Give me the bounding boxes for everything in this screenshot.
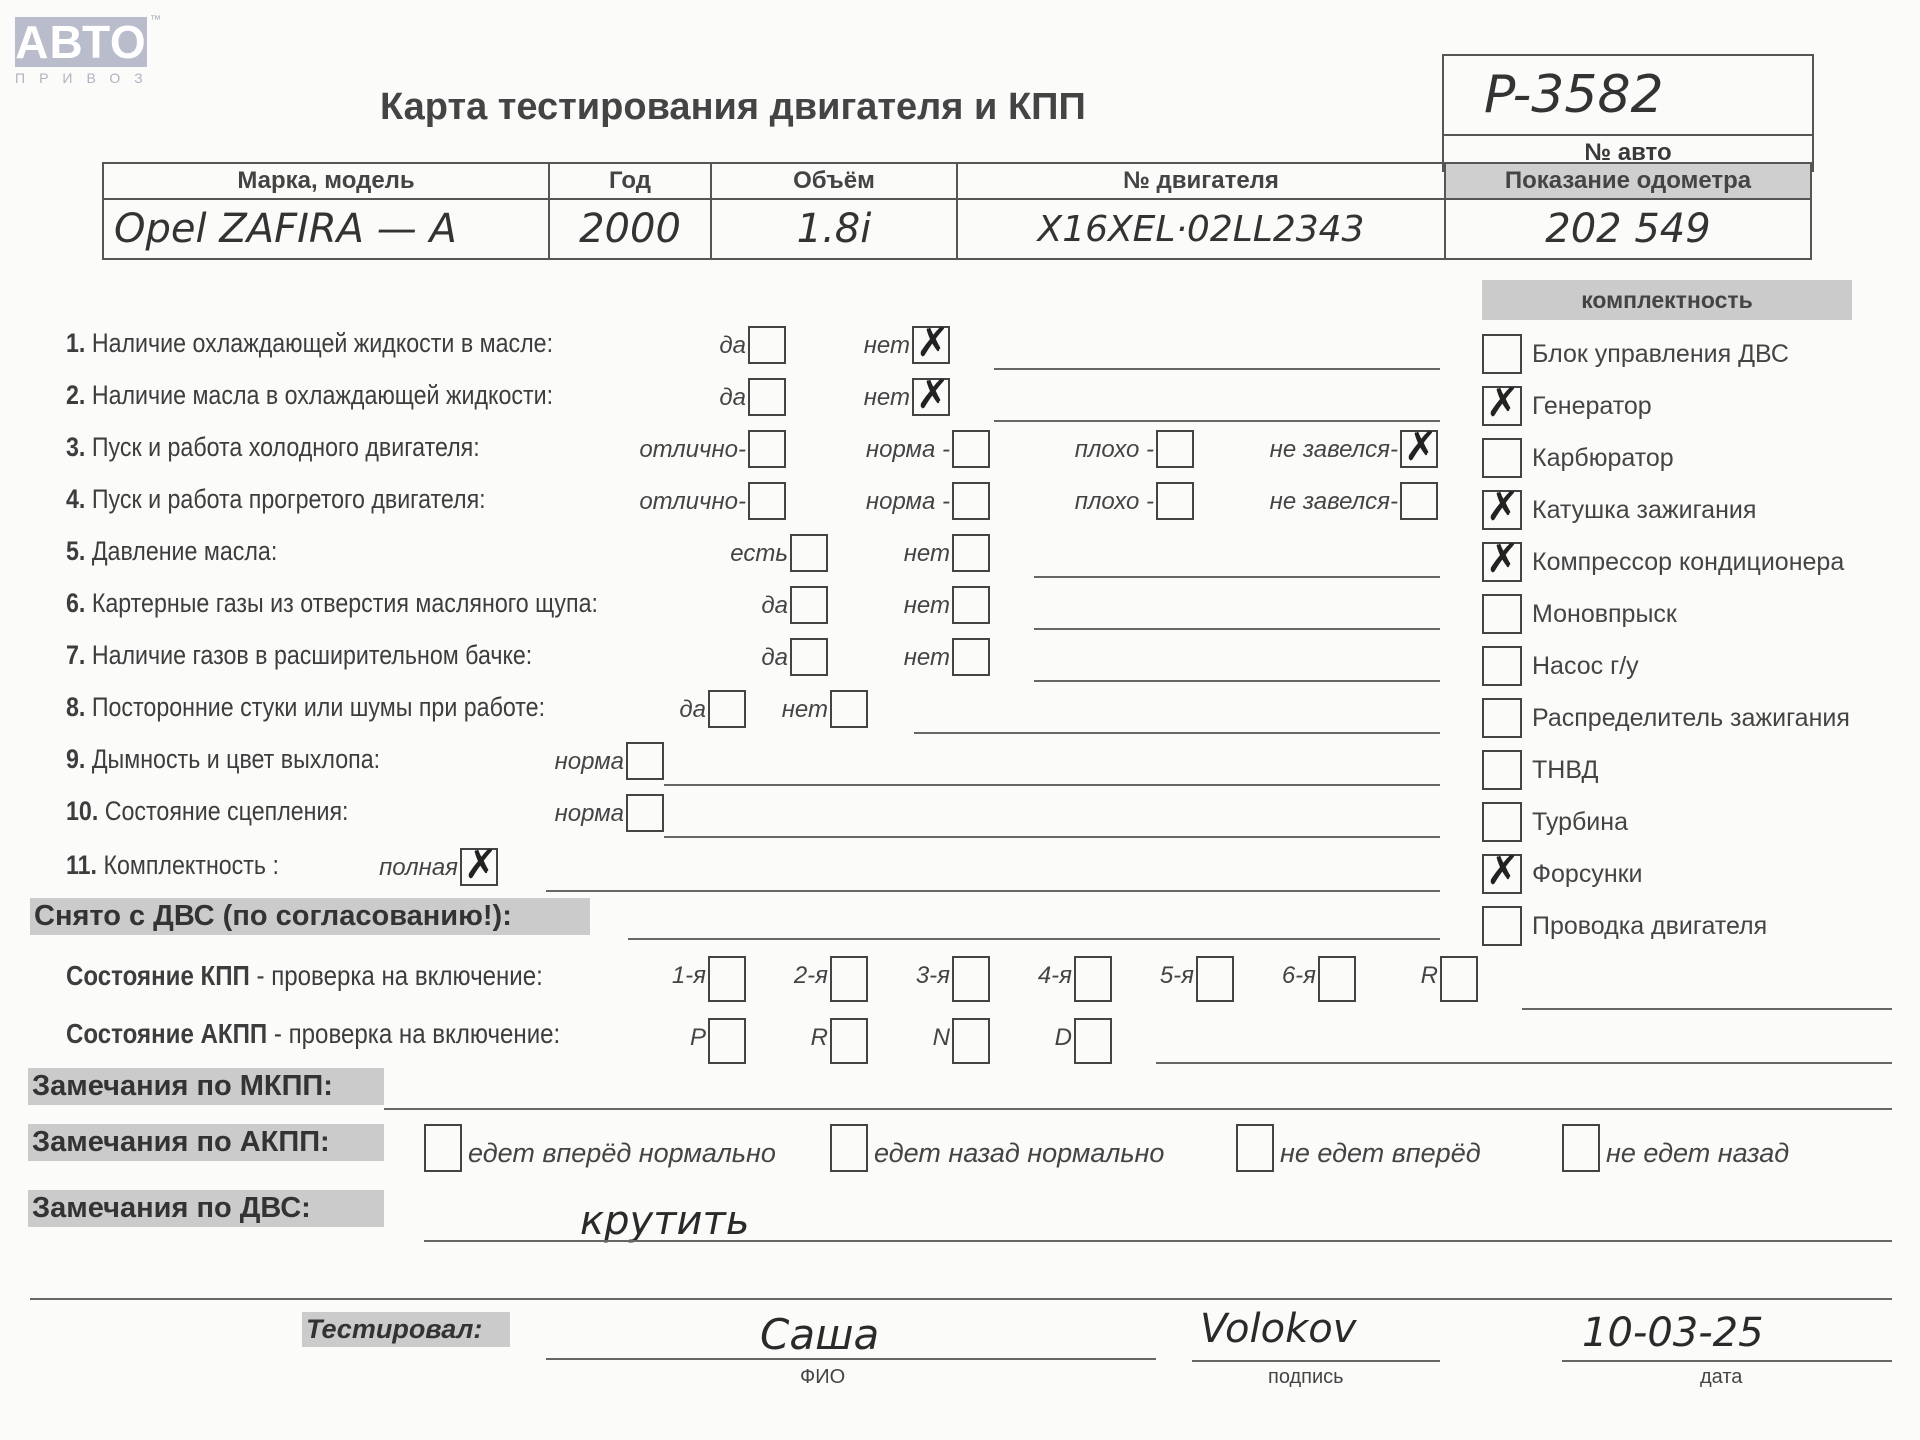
option-label: плохо - [1075,488,1154,516]
model-value[interactable]: Opel ZAFIRA — A [103,199,549,259]
completeness-item-label: Турбина [1532,808,1628,837]
kpp-gear-checkbox-6-я[interactable] [1318,956,1356,1002]
question-10: 10. Состояние сцепления: [66,796,348,827]
question-text: Наличие охлаждающей жидкости в масле: [92,328,553,358]
date-caption: дата [1700,1366,1742,1389]
remarks-dvs-line[interactable] [424,1240,1892,1242]
option-label: нет [904,540,950,568]
completeness-checkbox-2[interactable] [1482,386,1522,426]
vehicle-info-table: Марка, модель Год Объём № двигателя Пока… [102,162,1812,260]
checkbox-q5-2[interactable] [952,534,990,572]
akpp-label: Состояние АКПП - проверка на включение: [66,1018,560,1050]
completeness-item-label: Форсунки [1532,860,1643,889]
question-text: Дымность и цвет выхлопа: [92,744,380,774]
checkbox-q4-2[interactable] [952,482,990,520]
question-1: 1. Наличие охлаждающей жидкости в масле: [66,328,553,359]
checkbox-q1-2[interactable] [912,326,950,364]
kpp-input-line[interactable] [1522,1008,1892,1010]
checkbox-q3-4[interactable] [1400,430,1438,468]
question-text: Комплектность : [103,850,278,880]
checkbox-q6-2[interactable] [952,586,990,624]
completeness-checkbox-4[interactable] [1482,490,1522,530]
option-label: нет [864,384,910,412]
remarks-akpp-label: Замечания по АКПП: [28,1124,384,1161]
divider-line [30,1298,1892,1300]
remarks-dvs-value[interactable]: крутить [580,1198,749,1244]
comment-line[interactable] [994,420,1440,422]
kpp-gear-checkbox-1-я[interactable] [708,956,746,1002]
akpp-label-bold: Состояние АКПП [66,1018,267,1049]
odometer-value[interactable]: 202 549 [1445,199,1811,259]
akpp-label-rest: - проверка на включение: [267,1018,560,1049]
question-number: 2. [66,380,92,410]
logo: АВТО [15,17,147,67]
question-text: Наличие газов в расширительном бачке: [92,640,532,670]
checkbox-q5-1[interactable] [790,534,828,572]
akpp-remark-label: не едет назад [1606,1138,1789,1169]
akpp-remark-label: не едет вперёд [1280,1138,1481,1169]
completeness-heading: комплектность [1482,280,1852,320]
kpp-gear-checkbox-5-я[interactable] [1196,956,1234,1002]
question-number: 11. [66,850,103,880]
option-label: отлично- [639,488,746,516]
kpp-label-bold: Состояние КПП [66,960,250,991]
col-header-engine-no: № двигателя [957,163,1445,199]
option-label: да [761,644,788,672]
question-5: 5. Давление масла: [66,536,277,567]
question-text: Состояние сцепления: [105,796,349,826]
akpp-remark-label: едет вперёд нормально [468,1138,776,1169]
completeness-item-label: ТНВД [1532,756,1598,785]
akpp-gear-checkbox-N[interactable] [952,1018,990,1064]
comment-line[interactable] [546,890,1440,892]
checkbox-q11-1[interactable] [460,848,498,886]
signature-caption: подпись [1268,1366,1344,1389]
checkbox-q7-2[interactable] [952,638,990,676]
question-text: Картерные газы из отверстия масляного щу… [92,588,598,618]
completeness-item-label: Компрессор кондиционера [1532,548,1844,577]
question-text: Пуск и работа холодного двигателя: [92,432,480,462]
completeness-item-label: Моновпрыск [1532,600,1677,629]
akpp-gear-label: N [933,1024,950,1052]
option-label: да [719,332,746,360]
remarks-mkpp-label: Замечания по МКПП: [28,1068,384,1105]
kpp-label-rest: - проверка на включение: [250,960,543,991]
signature-value[interactable]: Volokov [1200,1306,1356,1352]
question-7: 7. Наличие газов в расширительном бачке: [66,640,532,671]
question-text: Наличие масла в охлаждающей жидкости: [92,380,553,410]
completeness-item-label: Карбюратор [1532,444,1674,473]
question-number: 3. [66,432,92,462]
col-header-year: Год [549,163,711,199]
car-number-value[interactable]: P-3582 [1444,56,1812,134]
volume-value[interactable]: 1.8i [711,199,957,259]
akpp-gear-checkbox-P[interactable] [708,1018,746,1064]
tested-by-label: Тестировал: [302,1312,510,1347]
checkbox-q10-1[interactable] [626,794,664,832]
option-label: нет [782,696,828,724]
option-label: норма [555,800,624,828]
question-number: 1. [66,328,92,358]
kpp-gear-label: 5-я [1160,962,1194,990]
col-header-volume: Объём [711,163,957,199]
question-number: 9. [66,744,92,774]
akpp-gear-checkbox-R[interactable] [830,1018,868,1064]
completeness-checkbox-7[interactable] [1482,646,1522,686]
option-label: отлично- [639,436,746,464]
kpp-gear-label: 6-я [1282,962,1316,990]
checkbox-q3-1[interactable] [748,430,786,468]
question-9: 9. Дымность и цвет выхлопа: [66,744,380,775]
comment-line[interactable] [914,732,1440,734]
kpp-gear-label: 4-я [1038,962,1072,990]
completeness-checkbox-11[interactable] [1482,854,1522,894]
completeness-checkbox-12[interactable] [1482,906,1522,946]
option-label: норма - [866,488,950,516]
checkbox-q4-3[interactable] [1156,482,1194,520]
kpp-gear-checkbox-R[interactable] [1440,956,1478,1002]
akpp-remark-checkbox-2[interactable] [830,1124,868,1172]
comment-line[interactable] [1034,576,1440,578]
remarks-dvs-label: Замечания по ДВС: [28,1190,384,1227]
completeness-checkbox-1[interactable] [1482,334,1522,374]
question-6: 6. Картерные газы из отверстия масляного… [66,588,598,619]
option-label: не завелся- [1270,488,1398,516]
akpp-remark-checkbox-1[interactable] [424,1124,462,1172]
akpp-input-line[interactable] [1156,1062,1892,1064]
checkbox-q4-4[interactable] [1400,482,1438,520]
question-4: 4. Пуск и работа прогретого двигателя: [66,484,486,515]
kpp-gear-label: 3-я [916,962,950,990]
logo-trademark: ™ [150,14,161,26]
question-text: Пуск и работа прогретого двигателя: [92,484,486,514]
completeness-item-label: Катушка зажигания [1532,496,1756,525]
date-value[interactable]: 10-03-25 [1582,1310,1764,1356]
col-header-model: Марка, модель [103,163,549,199]
completeness-item-label: Проводка двигателя [1532,912,1767,941]
removed-input-line[interactable] [628,938,1440,940]
option-label: норма [555,748,624,776]
option-label: плохо - [1075,436,1154,464]
akpp-remark-checkbox-4[interactable] [1562,1124,1600,1172]
kpp-gear-label: 2-я [794,962,828,990]
tester-name-value[interactable]: Саша [760,1310,879,1359]
question-8: 8. Посторонние стуки или шумы при работе… [66,692,545,723]
engine-no-value[interactable]: X16XEL·02LL2343 [957,199,1445,259]
completeness-checkbox-6[interactable] [1482,594,1522,634]
year-value[interactable]: 2000 [549,199,711,259]
completeness-checkbox-5[interactable] [1482,542,1522,582]
completeness-checkbox-8[interactable] [1482,698,1522,738]
option-label: не завелся- [1270,436,1398,464]
page-title: Карта тестирования двигателя и КПП [380,86,1086,129]
completeness-item-label: Распределитель зажигания [1532,704,1850,733]
kpp-gear-label: 1-я [672,962,706,990]
option-label: норма - [866,436,950,464]
checkbox-q1-1[interactable] [748,326,786,364]
comment-line[interactable] [1034,628,1440,630]
kpp-gear-checkbox-2-я[interactable] [830,956,868,1002]
completeness-checkbox-10[interactable] [1482,802,1522,842]
question-11: 11. Комплектность : [66,850,279,881]
question-2: 2. Наличие масла в охлаждающей жидкости: [66,380,553,411]
question-text: Посторонние стуки или шумы при работе: [92,692,545,722]
question-number: 6. [66,588,92,618]
name-line [546,1358,1156,1360]
car-number-box: P-3582 № авто [1442,54,1814,172]
option-label: нет [904,644,950,672]
kpp-gear-checkbox-3-я[interactable] [952,956,990,1002]
comment-line[interactable] [664,784,1440,786]
removed-section-label: Снято с ДВС (по согласованию!): [30,898,590,935]
checkbox-q3-3[interactable] [1156,430,1194,468]
question-number: 5. [66,536,92,566]
date-line [1562,1360,1892,1362]
comment-line[interactable] [664,836,1440,838]
kpp-gear-checkbox-4-я[interactable] [1074,956,1112,1002]
checkbox-q4-1[interactable] [748,482,786,520]
completeness-checkbox-9[interactable] [1482,750,1522,790]
completeness-item-label: Насос г/у [1532,652,1639,681]
question-number: 4. [66,484,92,514]
logo-subtitle: ПРИВОЗ [15,70,157,86]
akpp-gear-checkbox-D[interactable] [1074,1018,1112,1064]
kpp-label: Состояние КПП - проверка на включение: [66,960,543,992]
akpp-gear-label: D [1055,1024,1072,1052]
checkbox-q6-1[interactable] [790,586,828,624]
akpp-remark-checkbox-3[interactable] [1236,1124,1274,1172]
option-label: да [761,592,788,620]
checkbox-q2-1[interactable] [748,378,786,416]
checkbox-q8-2[interactable] [830,690,868,728]
completeness-item-label: Блок управления ДВС [1532,340,1789,369]
checkbox-q3-2[interactable] [952,430,990,468]
completeness-item-label: Генератор [1532,392,1652,421]
comment-line[interactable] [1034,680,1440,682]
question-3: 3. Пуск и работа холодного двигателя: [66,432,480,463]
question-number: 10. [66,796,105,826]
akpp-gear-label: R [811,1024,828,1052]
akpp-gear-label: P [690,1024,706,1052]
kpp-gear-label: R [1421,962,1438,990]
option-label: да [679,696,706,724]
question-number: 7. [66,640,92,670]
option-label: да [719,384,746,412]
option-label: есть [730,540,788,568]
option-label: нет [864,332,910,360]
remarks-mkpp-line[interactable] [384,1108,1892,1110]
signature-line [1192,1360,1440,1362]
name-caption: ФИО [800,1366,845,1389]
question-number: 8. [66,692,92,722]
completeness-checkbox-3[interactable] [1482,438,1522,478]
option-label: полная [379,854,458,882]
checkbox-q8-1[interactable] [708,690,746,728]
checkbox-q7-1[interactable] [790,638,828,676]
col-header-odometer: Показание одометра [1445,163,1811,199]
checkbox-q9-1[interactable] [626,742,664,780]
akpp-remark-label: едет назад нормально [874,1138,1164,1169]
checkbox-q2-2[interactable] [912,378,950,416]
comment-line[interactable] [994,368,1440,370]
option-label: нет [904,592,950,620]
question-text: Давление масла: [92,536,277,566]
